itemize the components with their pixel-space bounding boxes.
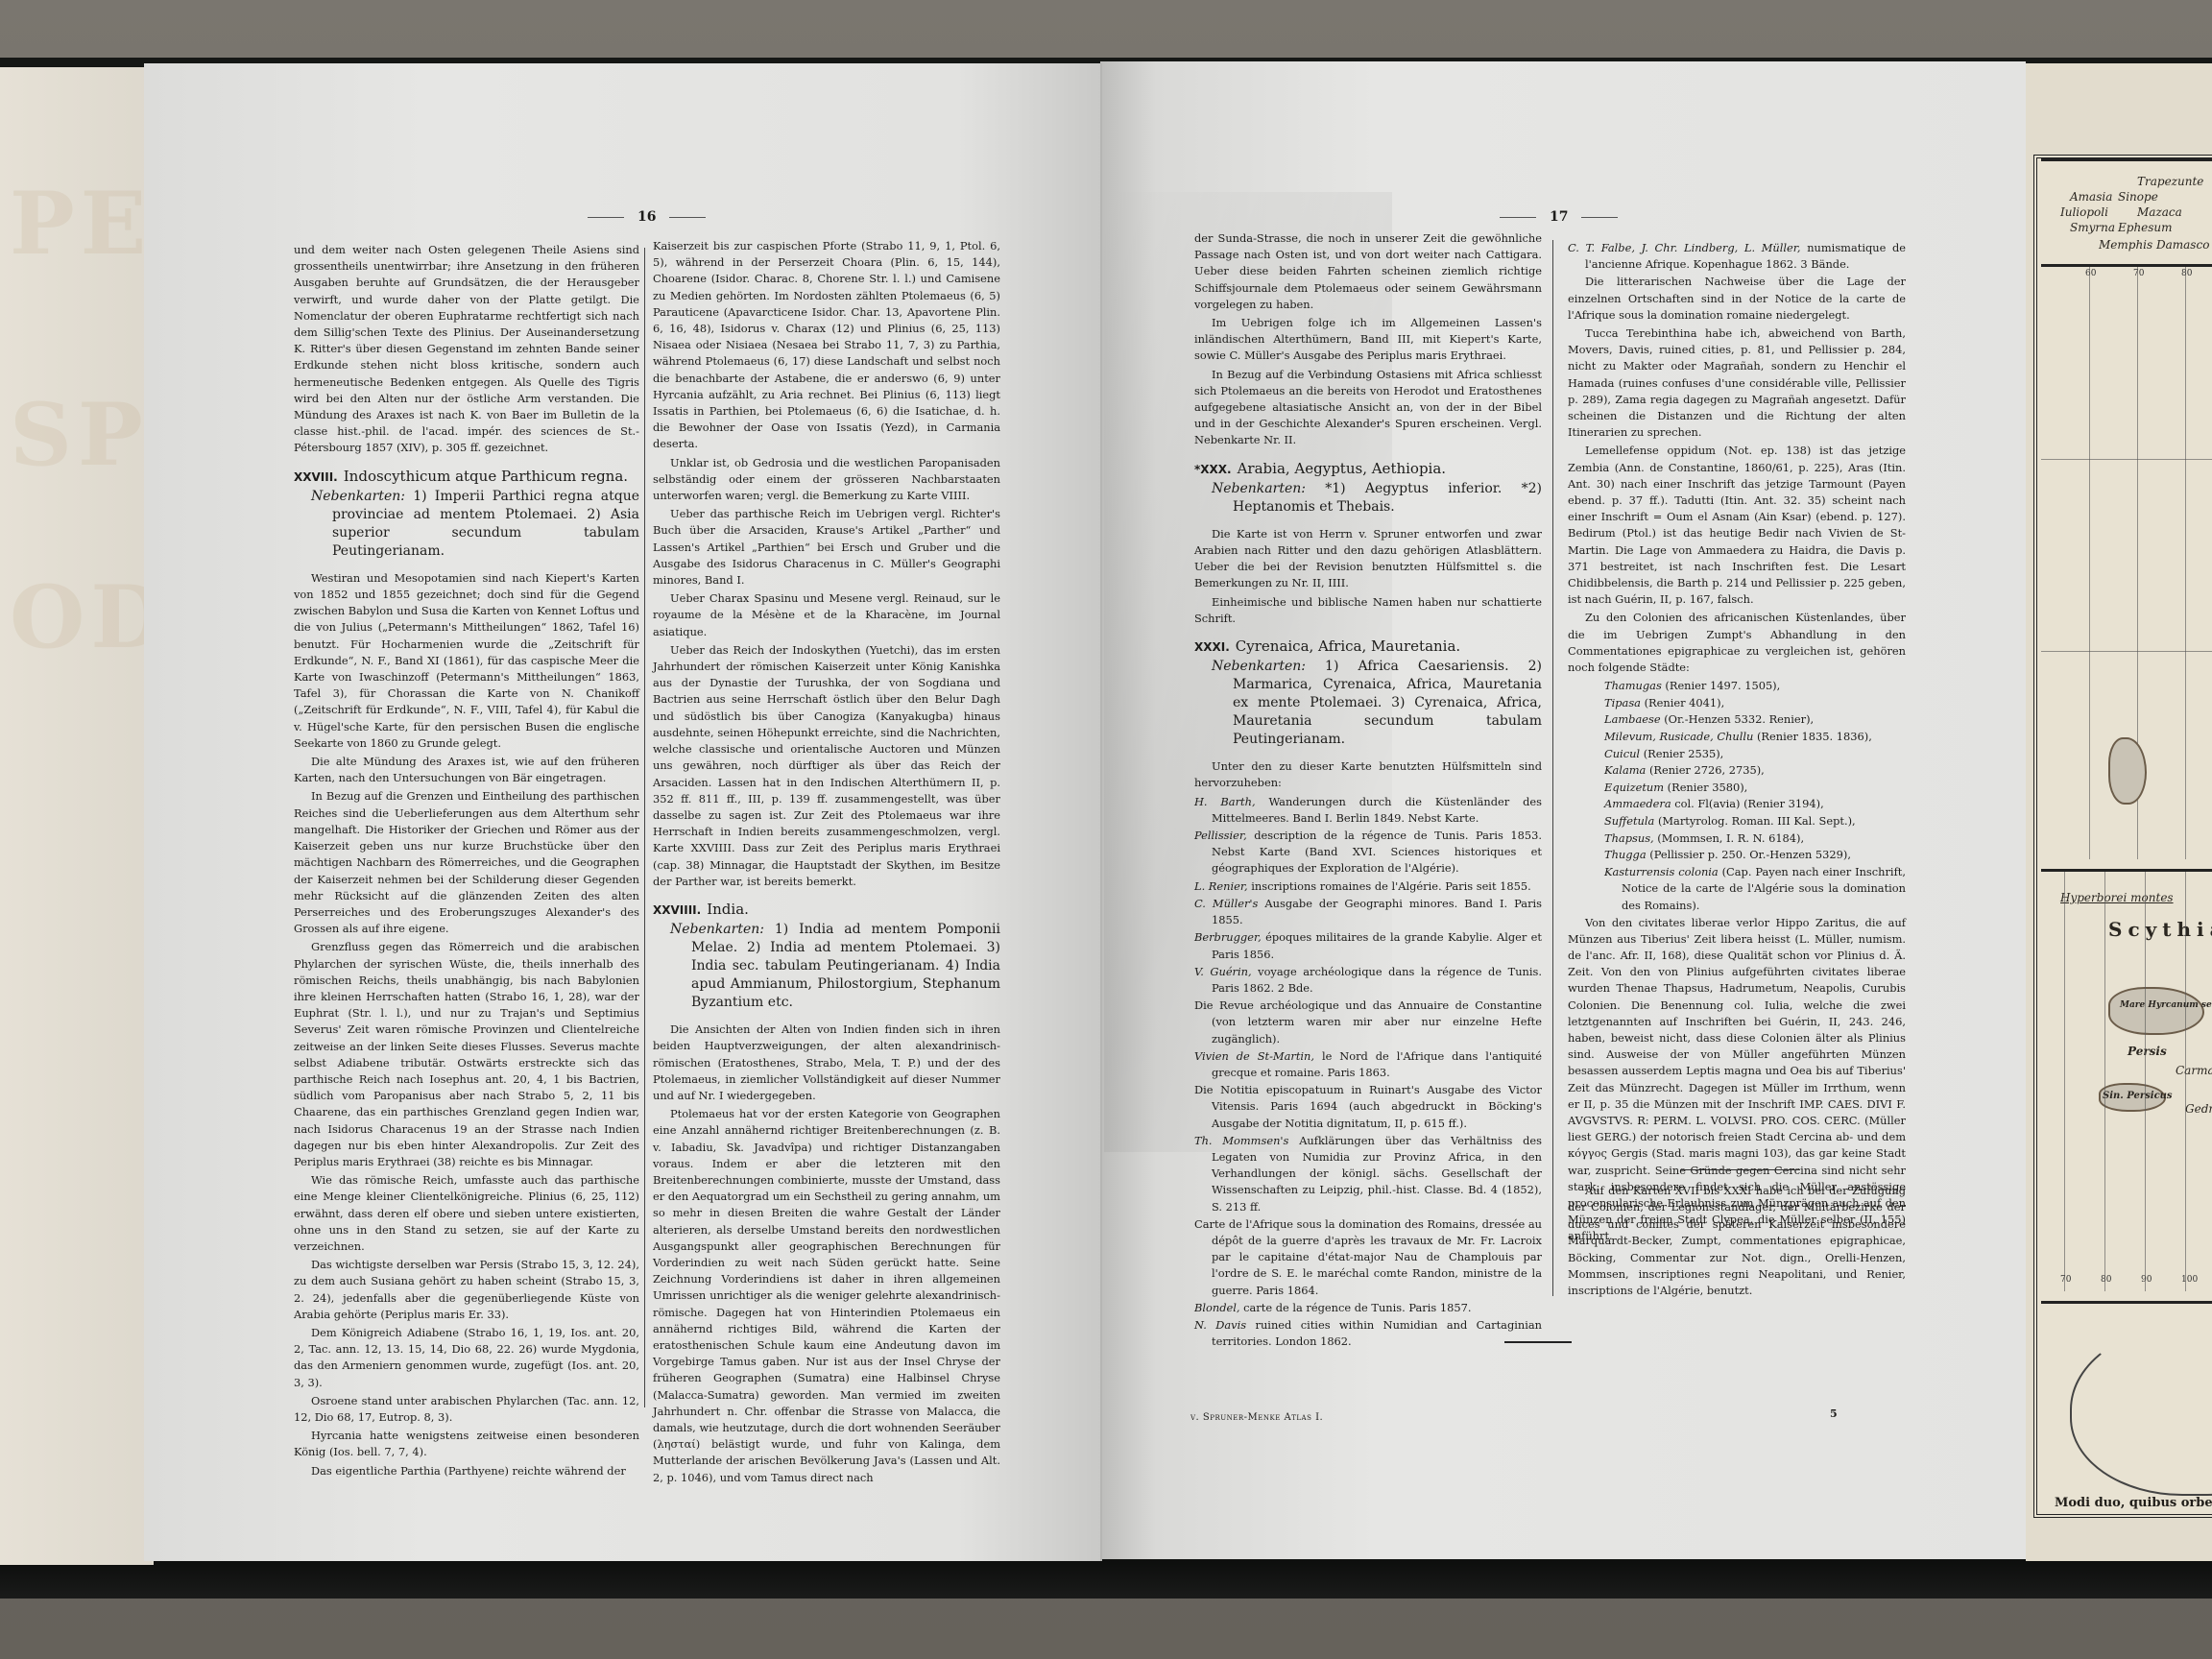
paragraph: Ueber das Reich der Indoskythen (Yuetchi… [653,642,1000,890]
map-gridline [2041,651,2212,652]
bib-text: inscriptions romaines de l'Algérie. Pari… [1251,879,1530,893]
colony-ref: (Mommsen, I. R. N. 6184), [1657,831,1804,845]
paragraph: Lemellefense oppidum (Not. ep. 138) ist … [1568,443,1906,608]
colony-ref: (Pellissier p. 250. Or.-Henzen 5329), [1649,848,1851,861]
footer-imprint: v. Spruner-Menke Atlas I. [1190,1412,1323,1423]
map-plate-edge: Trapezunte Amasia Sinope Iuliopoli Mazac… [2026,63,2212,1561]
nebenkarten-list: Nebenkarten: 1) Imperii Parthici regna a… [294,488,639,561]
colony-name: Equizetum [1604,781,1664,794]
map-label: Smyrna [2070,221,2115,234]
colony-entry: Milevum, Rusicade, Chullu (Renier 1835. … [1568,729,1906,746]
map-label: Gedrosia [2185,1102,2212,1116]
bib-text: époques militaires de la grande Kabylie.… [1212,930,1542,960]
header-rule [588,217,624,218]
map-label: Sin. Persicus [2103,1091,2173,1101]
signature-mark: 5 [1830,1407,1838,1420]
map-tick: 80 [2181,269,2192,278]
paragraph: der Sunda-Strasse, die noch in unserer Z… [1194,230,1542,313]
bib-text: Die Notitia episcopatuum in Ruinart's Au… [1194,1083,1542,1129]
bib-author: Vivien de St-Martin, [1194,1049,1314,1063]
colony-ref: (Or.-Henzen 5332. Renier), [1664,712,1814,726]
paragraph: Wie das römische Reich, umfasste auch da… [294,1172,639,1255]
bib-text: ruined cities within Numidian and Cartag… [1212,1318,1542,1348]
bibliography-entry: Th. Mommsen's Aufklärungen über das Verh… [1194,1133,1542,1215]
paragraph: Einheimische und biblische Namen haben n… [1194,594,1542,627]
colony-name: Thugga [1604,848,1647,861]
paragraph: Westiran und Mesopotamien sind nach Kiep… [294,570,639,752]
nebenkarten-label: Nebenkarten: [311,489,405,504]
map-panel-lower: Hyperborei montes Scythia in Mare Hyrcan… [2041,869,2212,1291]
map-caspian-sea [2108,737,2147,805]
map-caption: Modi duo, quibus orbem te [2055,1496,2212,1510]
colony-name: Tipasa [1604,696,1641,709]
colony-name: Lambaese [1604,712,1661,726]
map-label: Persis [2128,1045,2167,1058]
bibliography-entry: Pellissier, description de la régence de… [1194,828,1542,878]
colony-entry: Tipasa (Renier 4041), [1568,695,1906,712]
map-label: Mare Hyrcanum seu Caspium [2120,1000,2212,1010]
map-label: Ephesum [2118,221,2173,234]
section-number: XXVIII. [294,470,338,484]
bib-text: Wanderungen durch die Küstenländer des M… [1212,795,1542,825]
section-number: XXVIIII. [653,903,701,917]
underlying-page-left: PE SP OD [0,67,154,1565]
paragraph: Kaiserzeit bis zur caspischen Pforte (St… [653,238,1000,453]
colony-entry: Kalama (Renier 2726, 2735), [1568,762,1906,780]
paragraph: Osroene stand unter arabischen Phylarche… [294,1393,639,1426]
paragraph: In Bezug auf die Grenzen und Eintheilung… [294,788,639,937]
colony-ref: (Renier 4041), [1645,696,1725,709]
paragraph: Ueber Charax Spasinu und Mesene vergl. R… [653,590,1000,640]
colony-entry: Cuicul (Renier 2535), [1568,746,1906,763]
map-gridline [2185,872,2186,1291]
bib-author: Berbrugger, [1194,930,1262,944]
colony-ref: (Renier 2726, 2735), [1649,763,1765,777]
colony-entry: Equizetum (Renier 3580), [1568,780,1906,797]
bibliography-entry: Vivien de St-Martin, le Nord de l'Afriqu… [1194,1048,1542,1081]
column-divider [1552,240,1553,1296]
bib-author: C. T. Falbe, J. Chr. Lindberg, L. Müller… [1568,241,1801,254]
colony-ref: (Renier 3580), [1668,781,1748,794]
bib-author: L. Renier, [1194,879,1248,893]
map-gridline [2185,267,2186,859]
map-label: Damasco [2156,238,2209,252]
page-number-17: 17 [1550,209,1568,225]
colony-ref: (Renier 1835. 1836), [1757,730,1872,743]
bibliography-entry: L. Renier, inscriptions romaines de l'Al… [1194,878,1542,895]
colony-entry: Thapsus, (Mommsen, I. R. N. 6184), [1568,830,1906,848]
paragraph: Auf den Karten XVII bis XXXI habe ich be… [1568,1183,1906,1300]
bibliography-entry: H. Barth, Wanderungen durch die Küstenlä… [1194,794,1542,827]
bib-text: voyage archéologique dans la régence de … [1212,965,1542,995]
bibliography-entry: Berbrugger, époques militaires de la gra… [1194,929,1542,962]
paragraph: In Bezug auf die Verbindung Ostasiens mi… [1194,367,1542,449]
closing-note: Auf den Karten XVII bis XXXI habe ich be… [1568,1183,1906,1300]
column-divider [644,248,645,1407]
nebenkarten-label: Nebenkarten: [1212,659,1306,674]
colony-name: Cuicul [1604,747,1640,760]
colony-entry: Kasturrensis colonia (Cap. Payen nach ei… [1568,864,1906,915]
paragraph: Im Uebrigen folge ich im Allgemeinen Las… [1194,315,1542,365]
bib-author: N. Davis [1194,1318,1246,1332]
paragraph: Hyrcania hatte wenigstens zeitweise eine… [294,1428,639,1460]
right-page-header: 17 [1500,209,1618,225]
colony-name: Suffetula [1604,814,1654,828]
colony-entry: Suffetula (Martyrolog. Roman. III Kal. S… [1568,813,1906,830]
paragraph: Unklar ist, ob Gedrosia und die westlich… [653,455,1000,505]
colony-name: Kalama [1604,763,1646,777]
colony-name: Kasturrensis colonia [1604,865,1719,878]
section-title: India. [707,901,749,918]
section-number: XXXI. [1194,640,1230,654]
map-label: Scythia in [2108,918,2212,941]
paragraph: Die Ansichten der Alten von Indien finde… [653,1022,1000,1104]
map-tick: 70 [2060,1275,2071,1285]
paragraph: Unter den zu dieser Karte benutzten Hülf… [1194,758,1542,791]
colony-entry: Lambaese (Or.-Henzen 5332. Renier), [1568,711,1906,729]
map-tick: 90 [2141,1275,2152,1285]
map-frame: Trapezunte Amasia Sinope Iuliopoli Mazac… [2033,155,2212,1518]
section-heading-xxviiii: XXVIIII.India. [653,902,1000,919]
bib-text: Carte de l'Afrique sous la domination de… [1194,1217,1542,1297]
bibliography-entry: Carte de l'Afrique sous la domination de… [1194,1216,1542,1299]
map-gridline [2064,872,2065,1291]
ornamental-rule [1504,1341,1572,1343]
header-rule [669,217,706,218]
paragraph: Das eigentliche Parthia (Parthyene) reic… [294,1463,639,1479]
book-cover-edge [0,1560,2212,1599]
paragraph: Die Karte ist von Herrn v. Spruner entwo… [1194,526,1542,592]
colony-name: Milevum, Rusicade, Chullu [1604,730,1753,743]
paragraph: Zu den Colonien des africanischen Küsten… [1568,610,1906,676]
bibliography-entry: V. Guérin, voyage archéologique dans la … [1194,964,1542,997]
nebenkarten-list: Nebenkarten: 1) India ad mentem Pomponii… [653,921,1000,1012]
paragraph: und dem weiter nach Osten gelegenen Thei… [294,242,639,457]
bibliography-entry: Die Notitia episcopatuum in Ruinart's Au… [1194,1082,1542,1132]
bib-author: Pellissier, [1194,829,1247,842]
bib-author: H. Barth, [1194,795,1256,808]
bib-text: Die Revue archéologique und das Annuaire… [1194,998,1542,1045]
bibliography-entry: C. Müller's Ausgabe der Geographi minore… [1194,896,1542,928]
bibliography-entry: Die Revue archéologique und das Annuaire… [1194,998,1542,1047]
right-page-column-2: C. T. Falbe, J. Chr. Lindberg, L. Müller… [1568,240,1906,1247]
colony-ref: (Renier 2535), [1644,747,1724,760]
page-number-16: 16 [637,209,656,225]
map-label: Trapezunte [2137,175,2203,188]
colony-entry: Thugga (Pellissier p. 250. Or.-Henzen 53… [1568,847,1906,864]
section-heading-xxxi: XXXI.Cyrenaica, Africa, Mauretania. [1194,638,1542,656]
paragraph: Ueber das parthische Reich im Uebrigen v… [653,506,1000,589]
bib-author: C. Müller's [1194,897,1258,910]
paragraph: Grenzfluss gegen das Römerreich und die … [294,939,639,1170]
map-tick: 100 [2181,1275,2198,1285]
map-label: Iuliopoli [2060,205,2108,219]
section-title: Arabia, Aegyptus, Aethiopia. [1238,460,1446,477]
map-label: Amasia [2070,190,2112,204]
section-title: Indoscythicum atque Parthicum regna. [344,468,628,485]
map-label: Mazaca [2137,205,2182,219]
bibliography-entry: N. Davis ruined cities within Numidian a… [1194,1317,1542,1350]
paragraph: Die alte Mündung des Araxes ist, wie auf… [294,754,639,786]
colony-ref: col. Fl(avia) (Renier 3194), [1674,797,1823,810]
bib-text: description de la régence de Tunis. Pari… [1212,829,1542,875]
bibliography-entry: Blondel, carte de la régence de Tunis. P… [1194,1300,1542,1316]
section-number: *XXX. [1194,463,1232,476]
paragraph: Das wichtigste derselben war Persis (Str… [294,1257,639,1323]
nebenkarten-list: Nebenkarten: *1) Aegyptus inferior. *2) … [1194,480,1542,517]
colony-entry: Thamugas (Renier 1497. 1505), [1568,678,1906,695]
nebenkarten-list: Nebenkarten: 1) Africa Caesariensis. 2) … [1194,658,1542,749]
left-page-column-1: und dem weiter nach Osten gelegenen Thei… [294,242,639,1481]
bib-text: carte de la régence de Tunis. Paris 1857… [1243,1301,1471,1314]
nebenkarten-label: Nebenkarten: [670,922,764,937]
map-label: Memphis [2099,238,2152,252]
header-rule [1500,217,1536,218]
colony-ref: (Renier 1497. 1505), [1665,679,1780,692]
header-rule [1581,217,1618,218]
bib-author: V. Guérin, [1194,965,1252,978]
book-gutter [1100,63,1102,1561]
bib-author: Blondel, [1194,1301,1240,1314]
section-heading-xxviii: XXVIII.Indoscythicum atque Parthicum reg… [294,469,639,486]
map-gridline [2145,872,2146,1291]
map-gridline [2089,267,2090,859]
colony-entry: Ammaedera col. Fl(avia) (Renier 3194), [1568,796,1906,813]
map-tick: 70 [2133,269,2144,278]
map-label: Sinope [2118,190,2158,204]
colony-name: Ammaedera [1604,797,1671,810]
colony-ref: (Martyrolog. Roman. III Kal. Sept.), [1658,814,1856,828]
map-gridline [2041,459,2212,460]
map-tick: 60 [2085,269,2096,278]
bibliography-entry: C. T. Falbe, J. Chr. Lindberg, L. Müller… [1568,240,1906,273]
bib-text: Ausgabe der Geographi minores. Band I. P… [1212,897,1542,926]
bib-author: Th. Mommsen's [1194,1134,1288,1147]
map-label: Carmania [2176,1064,2212,1077]
left-page-header: 16 [588,209,706,225]
map-panel-projection: Modi duo, quibus orbem te [2041,1301,2212,1522]
map-tick: 80 [2101,1275,2111,1285]
paragraph: Dem Königreich Adiabene (Strabo 16, 1, 1… [294,1325,639,1391]
colony-name: Thapsus, [1604,831,1654,845]
nebenkarten-label: Nebenkarten: [1212,481,1306,496]
section-heading-xxx: *XXX.Arabia, Aegyptus, Aethiopia. [1194,461,1542,478]
map-gridline [2104,872,2105,1291]
map-label: Hyperborei montes [2060,891,2174,904]
paragraph: Tucca Terebinthina habe ich, abweichend … [1568,325,1906,441]
section-title: Cyrenaica, Africa, Mauretania. [1236,637,1460,655]
map-caspian-sea [2108,987,2204,1035]
left-page-column-2: Kaiserzeit bis zur caspischen Pforte (St… [653,238,1000,1488]
paragraph: Ptolemaeus hat vor der ersten Kategorie … [653,1106,1000,1486]
map-panel-middle: 60 70 80 [2041,264,2212,859]
right-page-column-1: der Sunda-Strasse, die noch in unserer Z… [1194,230,1542,1351]
colony-name: Thamugas [1604,679,1662,692]
map-panel-top: Trapezunte Amasia Sinope Iuliopoli Mazac… [2041,158,2212,254]
map-projection-graticule [2070,1323,2212,1496]
show-through-text: PE [10,173,152,275]
paragraph: Die litterarischen Nachweise über die La… [1568,274,1906,324]
section-rule [1680,1169,1800,1170]
show-through-text: SP [10,384,149,486]
